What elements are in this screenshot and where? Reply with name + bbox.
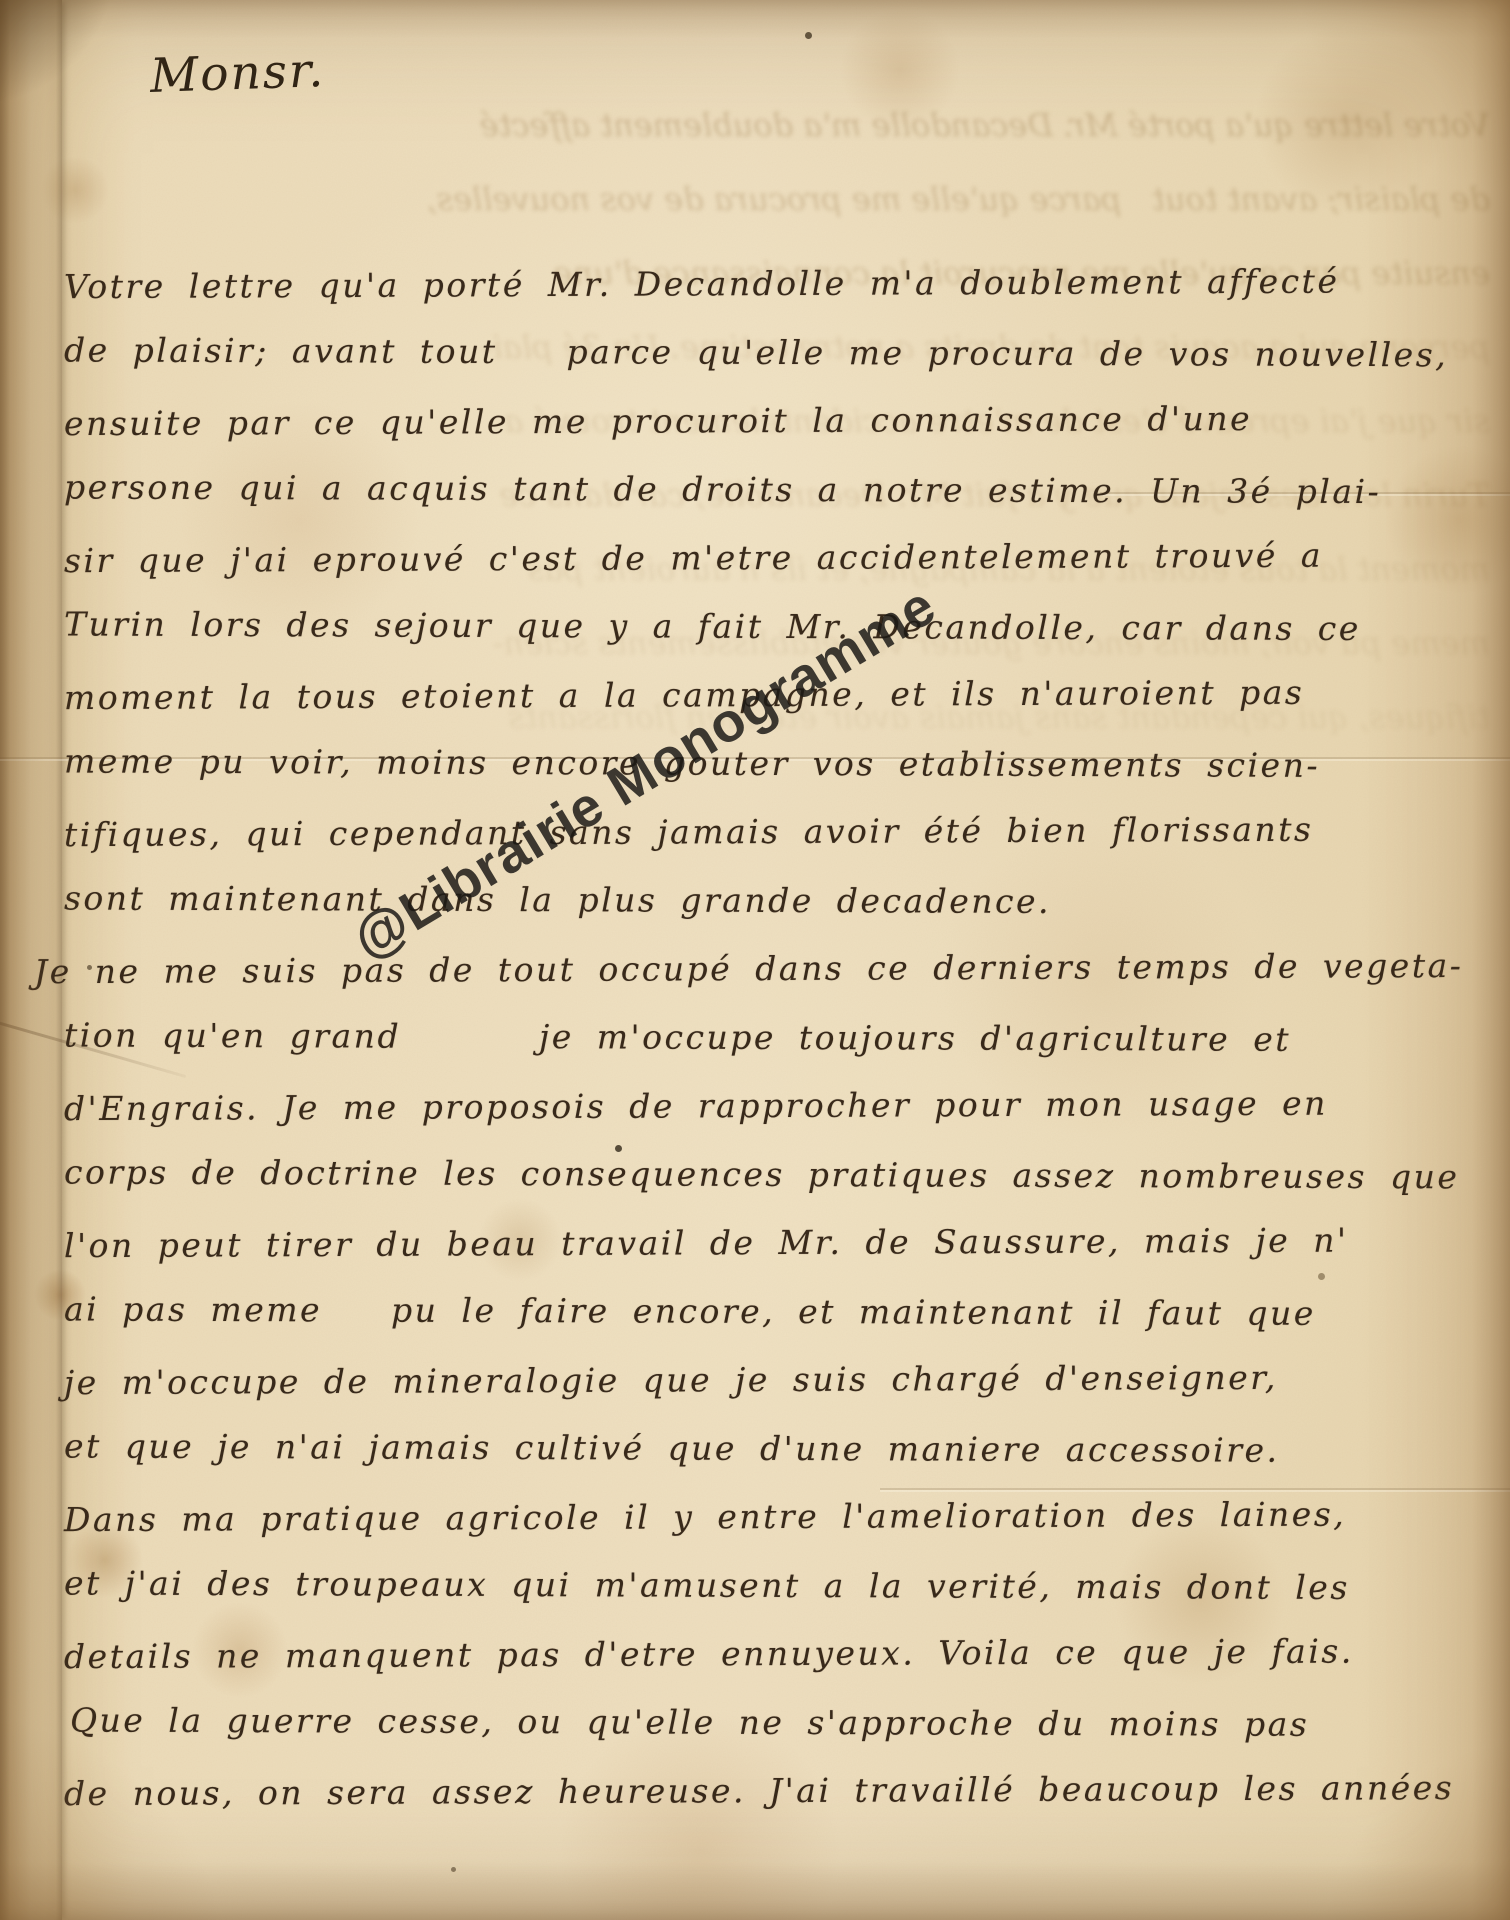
letter-line: Votre lettre qu'a porté Mr. Decandolle m… bbox=[64, 247, 1510, 322]
letter-line: Dans ma pratique agricole il y entre l'a… bbox=[64, 1480, 1510, 1555]
letter-line: et j'ai des troupeaux qui m'amusent a la… bbox=[64, 1549, 1510, 1623]
letter-line: tion qu'en grand je m'occupe toujours d'… bbox=[64, 1001, 1510, 1075]
letter-line: tifiques, qui cependant sans jamais avoi… bbox=[64, 795, 1510, 870]
letter-line: d'Engrais. Je me proposois de rapprocher… bbox=[64, 1069, 1510, 1144]
letter-line: de nous, on sera assez heureuse. J'ai tr… bbox=[64, 1754, 1510, 1829]
letter-line: details ne manquent pas d'etre ennuyeux.… bbox=[64, 1617, 1510, 1692]
ink-specks bbox=[0, 0, 3, 3]
letter-line: moment la tous etoient a la campagne, et… bbox=[64, 658, 1510, 733]
letter-line: je m'occupe de mineralogie que je suis c… bbox=[64, 1343, 1510, 1418]
letter-line: corps de doctrine les consequences prati… bbox=[64, 1138, 1510, 1212]
paper: Votre lettre qu'a porté Mr. Decandolle m… bbox=[0, 0, 1510, 1920]
letter-line: ai pas meme pu le faire encore, et maint… bbox=[64, 1275, 1510, 1349]
letter-line: Turin lors des sejour que y a fait Mr. D… bbox=[64, 590, 1510, 664]
letter-line: sont maintenant dans la plus grande deca… bbox=[64, 864, 1510, 938]
letter-line: ensuite par ce qu'elle me procuroit la c… bbox=[64, 384, 1510, 459]
letter-line: l'on peut tirer du beau travail de Mr. d… bbox=[64, 1206, 1510, 1281]
letter-line: meme pu voir, moins encore gouter vos et… bbox=[64, 727, 1510, 801]
letter-line: Je ne me suis pas de tout occupé dans ce… bbox=[34, 932, 1510, 1007]
letter-line: persone qui a acquis tant de droits a no… bbox=[64, 453, 1510, 527]
letter-line: de plaisir; avant tout parce qu'elle me … bbox=[64, 316, 1510, 390]
letter-line: et que je n'ai jamais cultivé que d'une … bbox=[64, 1412, 1510, 1486]
letter-line: sir que j'ai eprouvé c'est de m'etre acc… bbox=[64, 521, 1510, 596]
salutation: Monsr. bbox=[149, 43, 326, 104]
letter-body: Votre lettre qu'a porté Mr. Decandolle m… bbox=[64, 250, 1510, 1826]
letter-line: Que la guerre cesse, ou qu'elle ne s'app… bbox=[70, 1686, 1510, 1760]
